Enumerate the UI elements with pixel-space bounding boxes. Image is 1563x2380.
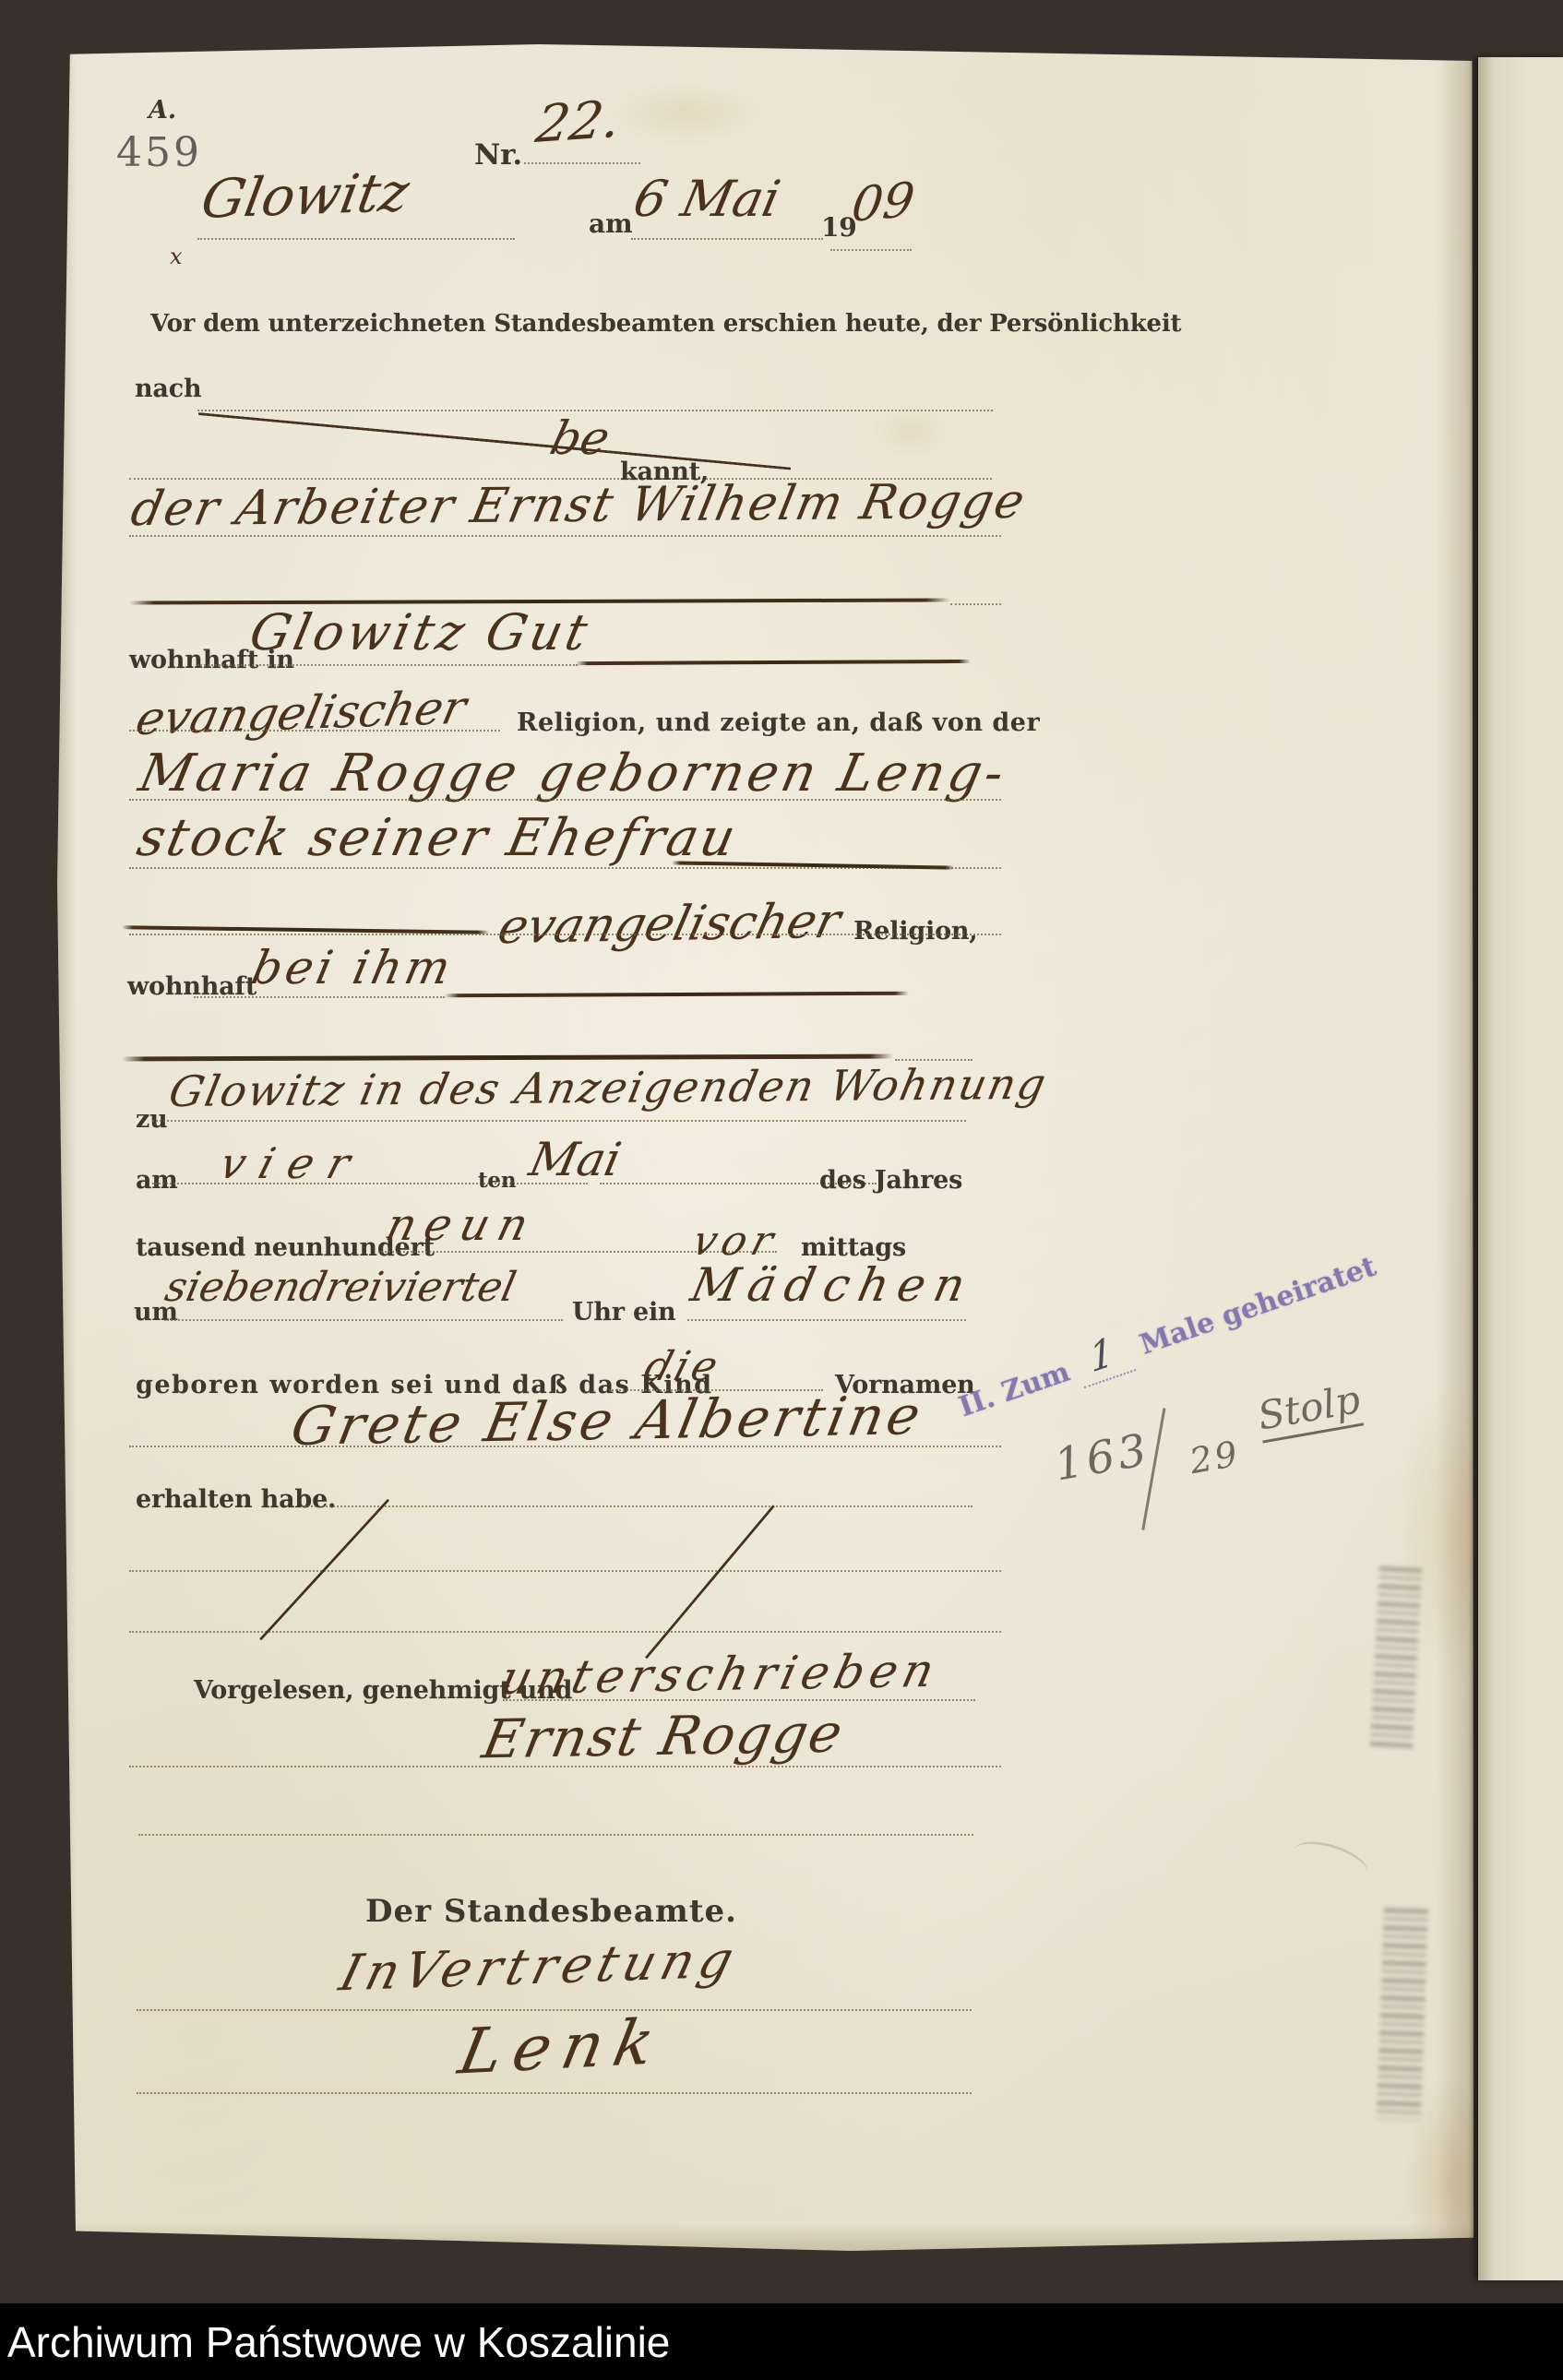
dotted-line [503,1699,975,1701]
uhr-ein-label: Uhr ein [572,1298,675,1327]
religion1-label: Religion, und zeigte an, daß von der [517,708,1040,737]
religion1-value: evangelischer [131,681,471,745]
unterschrieben-value: unterschrieben [495,1644,945,1705]
dotted-line [164,1319,563,1321]
pencil-place: Stolp [1255,1376,1365,1444]
record-date-value: 6 Mai [628,170,785,228]
crossout-stroke [445,992,909,998]
dotted-line [194,996,445,998]
crossout-stroke [122,1054,893,1062]
birthplace-value: Glowitz in des Anzeigenden Wohnung [165,1059,1052,1116]
year-suffix-value: 09 [849,173,918,233]
dotted-line [129,799,1001,801]
page-edge-shadow [57,2223,1474,2251]
standesbeamte-label: Der Standesbeamte. [365,1893,737,1930]
ten-suffix-label: ten [478,1168,516,1193]
paper-stain [602,81,768,146]
crossout-slash [645,1505,775,1659]
registry-place-value: Glowitz [197,161,413,231]
pencil-scribble [1288,1834,1372,1890]
dotted-line [137,2009,972,2011]
dotted-line [197,664,578,666]
birth-year-word: neun [381,1199,543,1251]
child-sex-value: Mädchen [686,1258,979,1312]
dotted-line [129,1446,1001,1447]
dotted-line [129,1631,1001,1633]
register-page: A. 459 Nr. 22. Glowitz x am 6 Mai 19 09 … [57,44,1474,2251]
dotted-line [129,535,1001,537]
religion2-value: evangelischer [493,894,845,955]
mother-name-line1: Maria Rogge gebornen Leng- [134,744,1012,803]
des-jahres-label: des Jahres [819,1166,962,1195]
dotted-line [304,1505,972,1507]
stamp-prefix: II. Zum [955,1356,1074,1424]
registrar-signature: Lenk [453,2005,671,2088]
crossout-stroke [576,660,971,665]
margin-x-mark: x [170,244,183,269]
pencil-numerator: 163 [1051,1423,1154,1491]
dotted-line [129,934,1001,935]
adjacent-page-edge [1478,57,1563,2280]
declarant-signature: Ernst Rogge [478,1702,850,1771]
birth-day-value: vier [214,1138,370,1188]
paper-stain [869,404,952,459]
erhalten-label: erhalten habe. [136,1485,336,1514]
pencil-denominator: 29 [1187,1433,1243,1482]
archive-page-number-pencil: 459 [116,129,202,176]
stamp-number-handwritten: 1 [1078,1321,1135,1388]
die-value: die [639,1343,727,1390]
am-label: am [589,208,632,239]
religion2-label: Religion, [853,917,978,946]
page-edge-shadow [57,44,76,2251]
stamp-suffix: Male geheiratet [1136,1250,1380,1361]
form-letter-label: A. [149,96,176,125]
ink-bleedthrough [1377,1902,1428,2121]
dotted-line [138,1834,973,1836]
dotted-line [152,1183,588,1184]
in-vertretung-value: InVertretung [334,1931,745,2003]
dotted-line [129,1570,1001,1572]
dotted-line [950,603,1001,605]
archival-scan-photo: A. 459 Nr. 22. Glowitz x am 6 Mai 19 09 … [0,0,1563,2380]
declarant-name-value: der Arbeiter Ernst Wilhelm Rogge [126,474,1031,537]
archive-name-label: Archiwum Państwowe w Koszalinie [7,2317,670,2367]
dotted-line [137,2092,972,2094]
record-number-label: Nr. [474,138,522,172]
page-fold-shadow [1437,44,1474,2251]
nach-label: nach [135,375,201,403]
dotted-line [129,1766,1001,1767]
dotted-line [631,238,823,240]
birth-time-value: siebendreiviertel [161,1264,520,1311]
dotted-line [197,238,515,240]
dotted-line [687,1319,966,1321]
dotted-line [830,249,912,251]
intro-printed-line: Vor dem unterzeichneten Standesbeamten e… [150,310,1181,338]
dotted-line [524,162,640,164]
dotted-line [129,730,500,732]
dotted-line [152,1120,966,1122]
pencil-reference-note: 163 29 Stolp [1049,1376,1369,1505]
mother-name-line2: stock seiner Ehefrau [132,808,743,868]
be-handwritten: be [545,411,615,465]
residence2-value: bei ihm [247,941,459,994]
birth-month-value: Mai [525,1133,626,1186]
archive-watermark-bar: Archiwum Państwowe w Koszalinie [0,2303,1563,2380]
am2-label: am [136,1166,178,1195]
residence-value: Glowitz Gut [245,603,596,661]
